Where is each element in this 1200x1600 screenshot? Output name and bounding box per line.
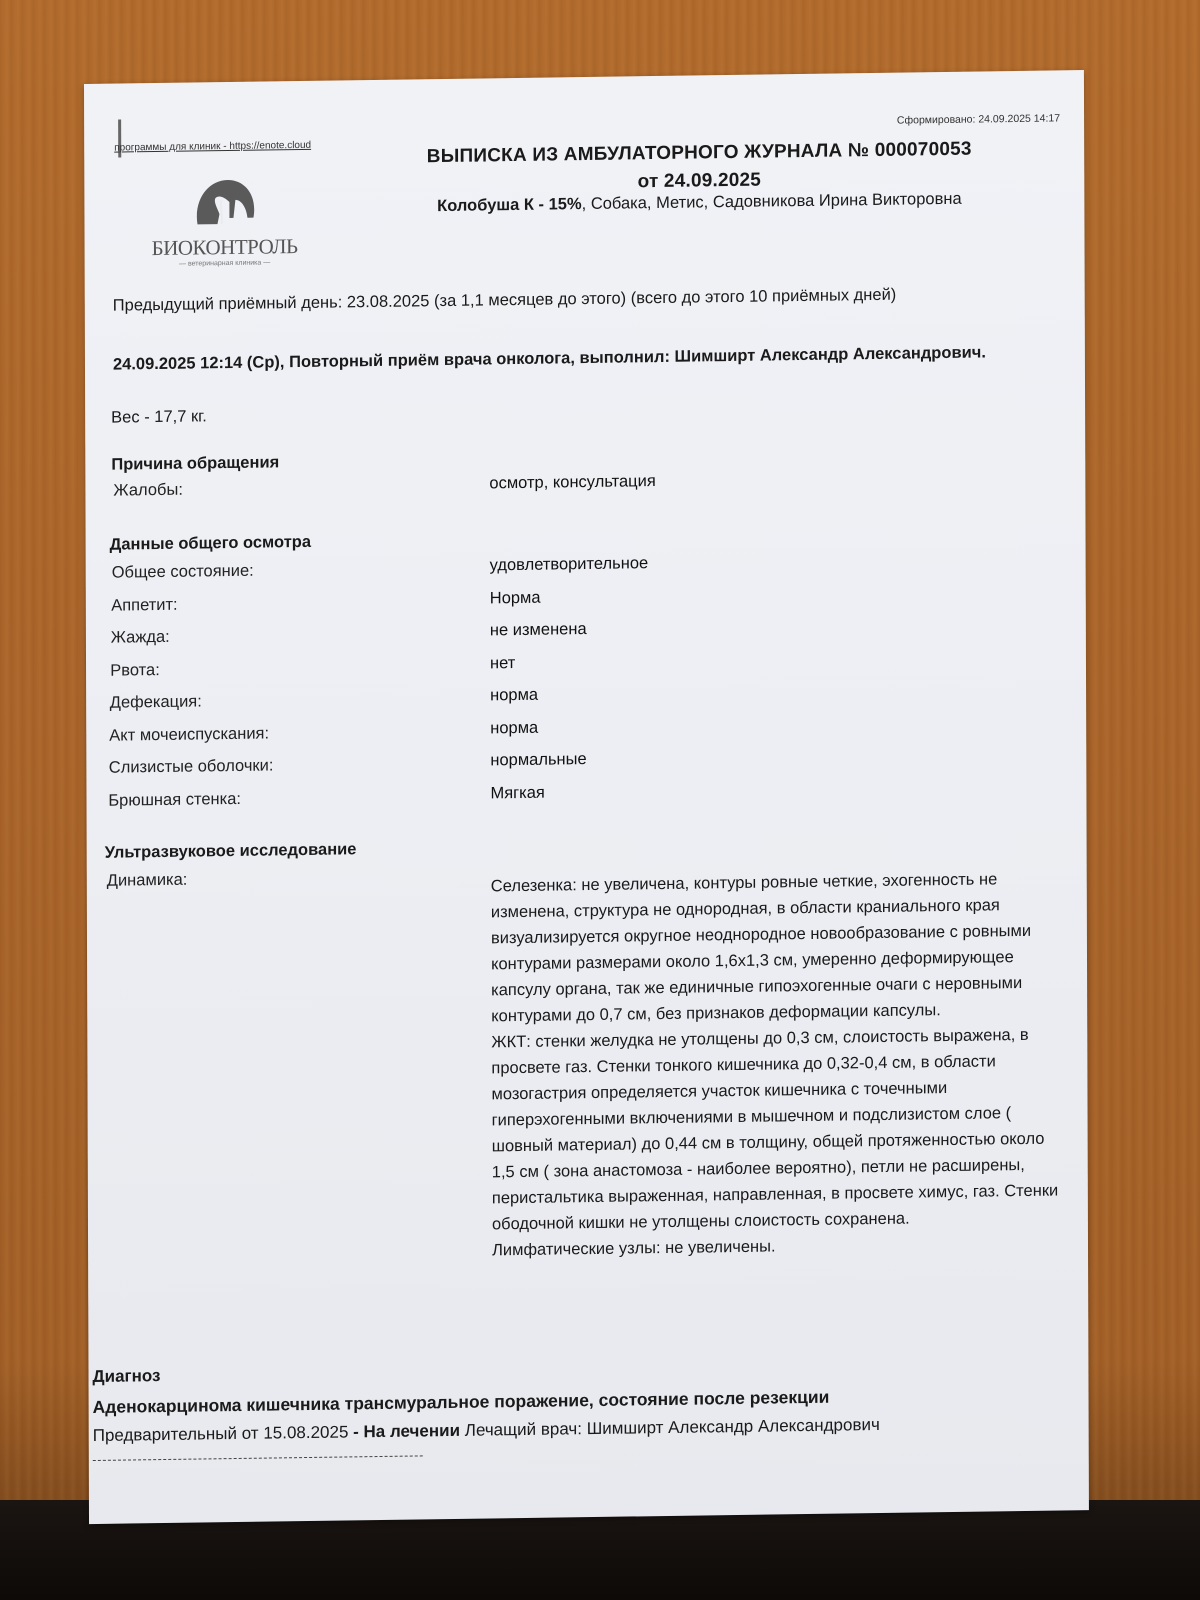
clinic-logo: БИОКОНТРОЛЬ — ветеринарная клиника — [144,177,304,279]
row-value: норма [490,718,538,738]
row-value: норма [490,686,538,706]
diagnosis-status: - На лечении [348,1421,460,1442]
dog-silhouette-logo-icon [191,178,257,227]
enote-link[interactable]: программы для клиник - https://enote.clo… [114,140,311,154]
row-label: Рвота: [110,660,160,680]
treating-doctor: Лечащий врач: Шимширт Александр Александ… [460,1415,880,1440]
row-label: Дефекация: [110,692,202,712]
row-value: нормальные [490,750,586,770]
weight: Вес - 17,7 кг. [111,407,207,427]
clinic-name: БИОКОНТРОЛЬ [145,234,305,261]
row-label: Брюшная стенка: [108,789,241,810]
generated-timestamp: Сформировано: 24.09.2025 14:17 [897,112,1060,126]
row-value: Мягкая [490,783,544,803]
section-ultrasound: Ультразвуковое исследование [105,840,357,863]
diagnosis-prelim: Предварительный от 15.08.2025 [93,1422,349,1445]
previous-visit: Предыдущий приёмный день: 23.08.2025 (за… [113,279,1013,320]
row-label: Акт мочеиспускания: [109,724,269,745]
dashed-divider [93,1455,423,1461]
section-reason: Причина обращения [111,453,279,474]
row-label: Общее состояние: [112,562,254,583]
section-diagnosis: Диагноз [92,1366,160,1387]
ultrasound-text: Селезенка: не увеличена, контуры ровные … [491,865,1072,1263]
row-label: Слизистые оболочки: [109,756,274,777]
ultrasound-label: Динамика: [107,871,188,891]
section-general-exam: Данные общего осмотра [110,533,311,555]
row-label: Аппетит: [111,595,177,615]
patient-name: Колобуша К - 15% [437,195,582,215]
visit-heading: 24.09.2025 12:14 (Ср), Повторный приём в… [113,339,1033,378]
row-value: осмотр, консультация [489,472,655,493]
diagnosis-details: Предварительный от 15.08.2025 - На лечен… [93,1415,880,1446]
diagnosis-main: Аденокарцинома кишечника трансмуральное … [93,1387,830,1418]
row-value: Норма [490,588,541,608]
row-value: не изменена [490,620,587,640]
row-value: удовлетворительное [490,554,649,575]
row-label: Жалобы: [113,481,183,501]
row-label: Жажда: [111,628,170,648]
row-value: нет [490,654,515,673]
document-page: программы для клиник - https://enote.clo… [84,70,1089,1524]
general-exam-rows: Общее состояние:удовлетворительноеАппети… [84,70,1084,84]
